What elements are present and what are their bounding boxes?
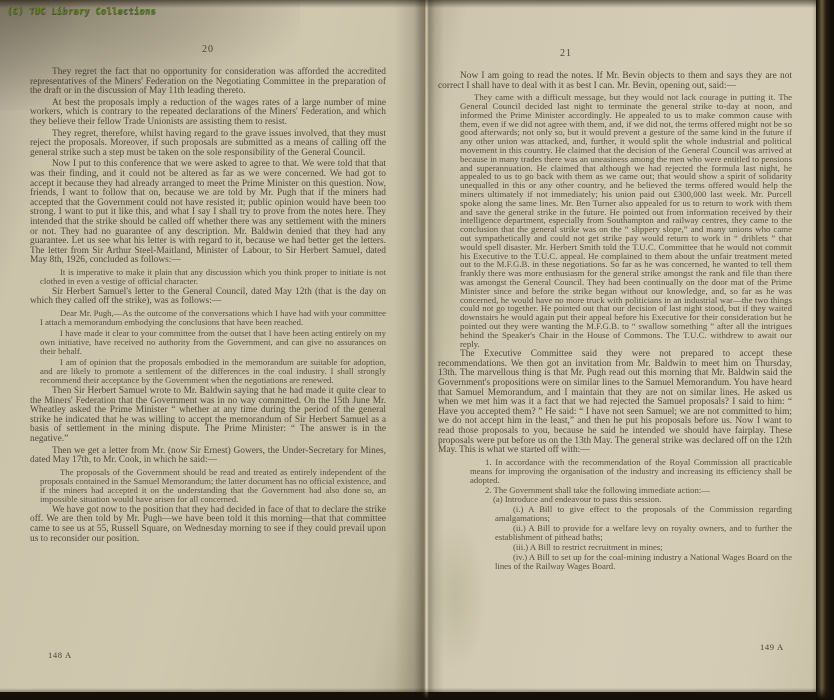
- list-item-bill-amalgamations: (i.) A Bill to give effect to the propos…: [495, 505, 792, 523]
- page-number-left: 20: [30, 44, 386, 55]
- quote-own-initiative: I have made it clear to your committee f…: [40, 329, 386, 356]
- quote-dear-mr-pugh: Dear Mr. Pugh,—As the outcome of the con…: [40, 309, 386, 327]
- left-text-column: 20 They regret the fact that no opportun…: [30, 44, 386, 546]
- copyright-stamp: (C) TUC Library Collections: [7, 7, 156, 17]
- right-text-column: 21 Now I am going to read the notes. If …: [438, 48, 792, 572]
- quote-memorandum-opinion: I am of opinion that the proposals embod…: [40, 358, 386, 385]
- page-right: 21 Now I am going to read the notes. If …: [424, 0, 816, 692]
- quote-steel-maitland: It is imperative to make it plain that a…: [40, 268, 386, 286]
- folio-left: 148 A: [48, 650, 72, 660]
- para-reject-proposals: They regret, therefore, whilst having re…: [30, 130, 386, 159]
- list-item-royal-commission: 1. In accordance with the recommendation…: [470, 458, 792, 485]
- para-conference-notes: Now I put to this conference that we wer…: [30, 160, 386, 266]
- para-samuel-baldwin: Then Sir Herbert Samuel wrote to Mr. Bal…: [30, 387, 386, 445]
- para-read-the-notes: Now I am going to read the notes. If Mr.…: [438, 72, 792, 91]
- book-spread-photo: 20 They regret the fact that no opportun…: [0, 0, 834, 700]
- para-strike-off: We have got now to the position that the…: [30, 506, 386, 544]
- para-regret-consideration: They regret the fact that no opportunity…: [30, 68, 386, 97]
- list-item-bill-welfare-levy: (ii.) A Bill to provide for a welfare le…: [495, 524, 792, 542]
- quote-bevin-notes: They came with a difficult message, but …: [460, 93, 792, 348]
- page-number-right: 21: [438, 48, 792, 59]
- page-left: 20 They regret the fact that no opportun…: [0, 0, 424, 692]
- list-item-bill-recruitment: (iii.) A Bill to restrict recruitment in…: [495, 543, 792, 552]
- para-gowers-letter-intro: Then we get a letter from Mr. (now Sir E…: [30, 447, 386, 466]
- para-wage-reduction: At best the proposals imply a reduction …: [30, 99, 386, 128]
- list-item-immediate-action: 2. The Government shall take the followi…: [470, 486, 792, 495]
- para-samuel-letter-intro: Sir Herbert Samuel's letter to the Gener…: [30, 288, 386, 307]
- quote-gowers-letter: The proposals of the Government should b…: [40, 468, 386, 504]
- folio-right: 149 A: [760, 642, 784, 652]
- list-item-bill-wages-board: (iv.) A Bill to set up for the coal-mini…: [495, 553, 792, 571]
- list-item-introduce-session: (a) Introduce and endeavour to pass this…: [493, 495, 792, 504]
- para-executive-baldwin: The Executive Committee said they were n…: [438, 350, 792, 456]
